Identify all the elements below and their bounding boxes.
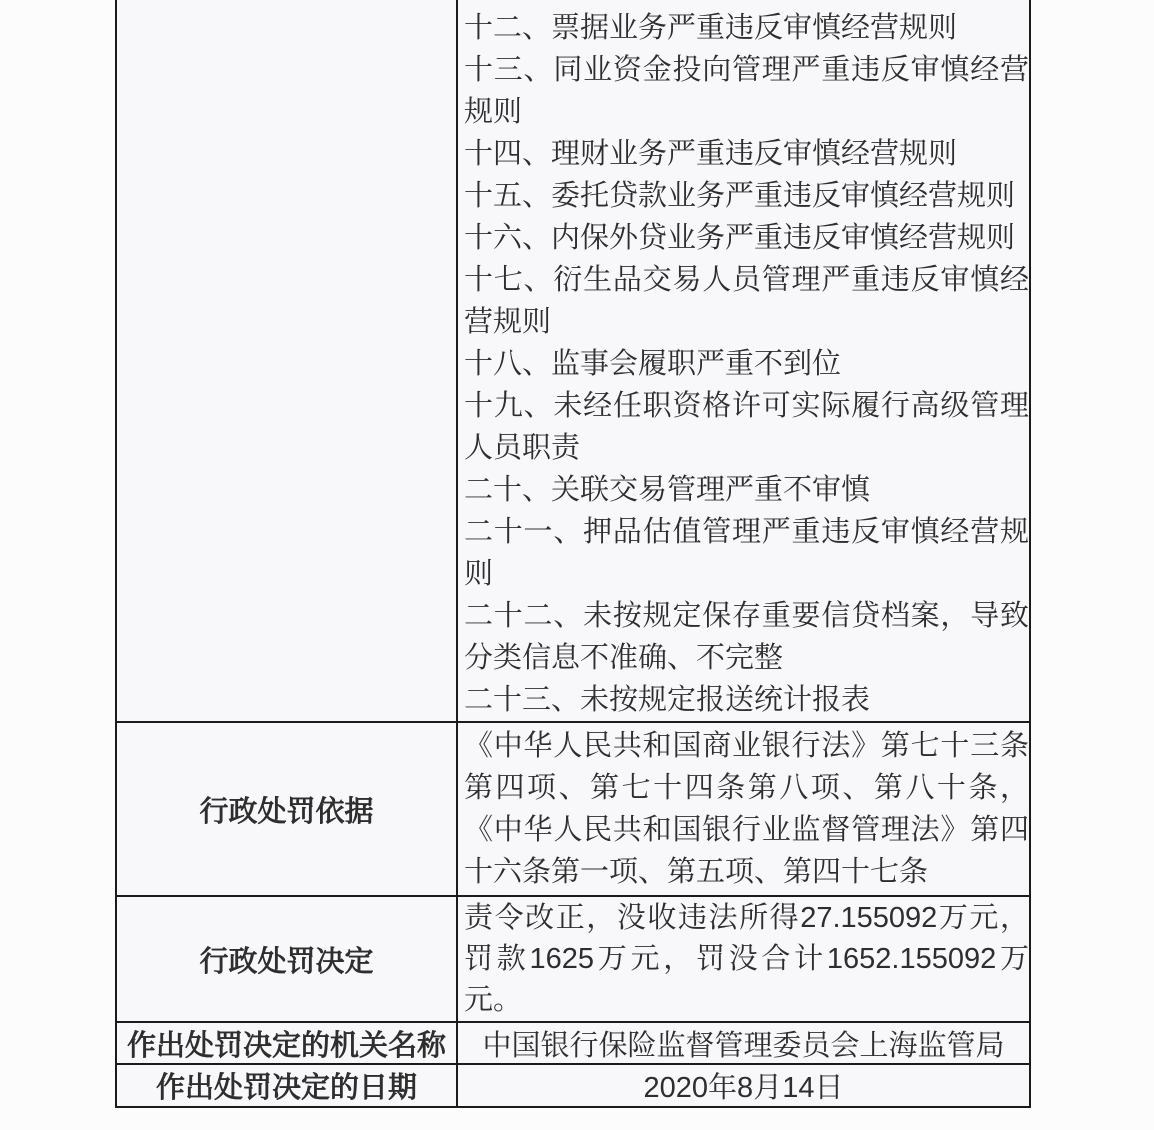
list-item: 十六、内保外贷业务严重违反审慎经营规则 — [464, 217, 1029, 259]
table-row-violations: ， 十二、票据业务严重违反审慎经营规则 十三、同业资金投向管理严重违反审慎经营规… — [117, 0, 1029, 723]
violations-label-cell-empty — [117, 0, 458, 721]
list-item: 二十二、未按规定保存重要信贷档案，导致分类信息不准确、不完整 — [464, 595, 1029, 679]
table-row-authority-name: 作出处罚决定的机关名称 中国银行保险监督管理委员会上海监管局 — [117, 1023, 1029, 1065]
list-item: 十四、理财业务严重违反审慎经营规则 — [464, 133, 1029, 175]
penalty-decision-table: ， 十二、票据业务严重违反审慎经营规则 十三、同业资金投向管理严重违反审慎经营规… — [115, 0, 1031, 1108]
list-item: 十七、衍生品交易人员管理严重违反审慎经营规则 — [464, 259, 1029, 343]
decision-date-value: 2020年8月14日 — [458, 1065, 1029, 1106]
decision-date-label: 作出处罚决定的日期 — [117, 1065, 458, 1106]
violations-list-cell: ， 十二、票据业务严重违反审慎经营规则 十三、同业资金投向管理严重违反审慎经营规… — [458, 0, 1029, 721]
table-row-decision-date: 作出处罚决定的日期 2020年8月14日 — [117, 1065, 1029, 1108]
table-row-penalty-decision: 行政处罚决定 责令改正，没收违法所得27.155092万元，罚款1625万元，罚… — [117, 897, 1029, 1023]
list-item: 二十三、未按规定报送统计报表 — [464, 679, 1029, 721]
list-item: 十九、未经任职资格许可实际履行高级管理人员职责 — [464, 385, 1029, 469]
authority-name-label: 作出处罚决定的机关名称 — [117, 1023, 458, 1063]
penalty-basis-label: 行政处罚依据 — [117, 723, 458, 895]
penalty-decision-value-cell: 责令改正，没收违法所得27.155092万元，罚款1625万元，罚没合计1652… — [458, 897, 1029, 1021]
list-item: 十三、同业资金投向管理严重违反审慎经营规则 — [464, 49, 1029, 133]
list-item: 二十、关联交易管理严重不审慎 — [464, 469, 1029, 511]
list-item: 十八、监事会履职严重不到位 — [464, 343, 1029, 385]
list-item: 十二、票据业务严重违反审慎经营规则 — [464, 7, 1029, 49]
authority-name-value: 中国银行保险监督管理委员会上海监管局 — [458, 1023, 1029, 1063]
table-row-penalty-basis: 行政处罚依据 《中华人民共和国商业银行法》第七十三条第四项、第七十四条第八项、第… — [117, 723, 1029, 897]
penalty-decision-text: 责令改正，没收违法所得27.155092万元，罚款1625万元，罚没合计1652… — [464, 898, 1029, 1021]
document-page: ， 十二、票据业务严重违反审慎经营规则 十三、同业资金投向管理严重违反审慎经营规… — [0, 0, 1154, 1130]
list-item: 十五、委托贷款业务严重违反审慎经营规则 — [464, 175, 1029, 217]
penalty-basis-value-cell: 《中华人民共和国商业银行法》第七十三条第四项、第七十四条第八项、第八十条，《中华… — [458, 723, 1029, 895]
clipped-previous-line-mark: ， — [600, 0, 629, 6]
list-item: 二十一、押品估值管理严重违反审慎经营规则 — [464, 511, 1029, 595]
penalty-decision-label: 行政处罚决定 — [117, 897, 458, 1021]
penalty-basis-text: 《中华人民共和国商业银行法》第七十三条第四项、第七十四条第八项、第八十条，《中华… — [464, 725, 1029, 893]
